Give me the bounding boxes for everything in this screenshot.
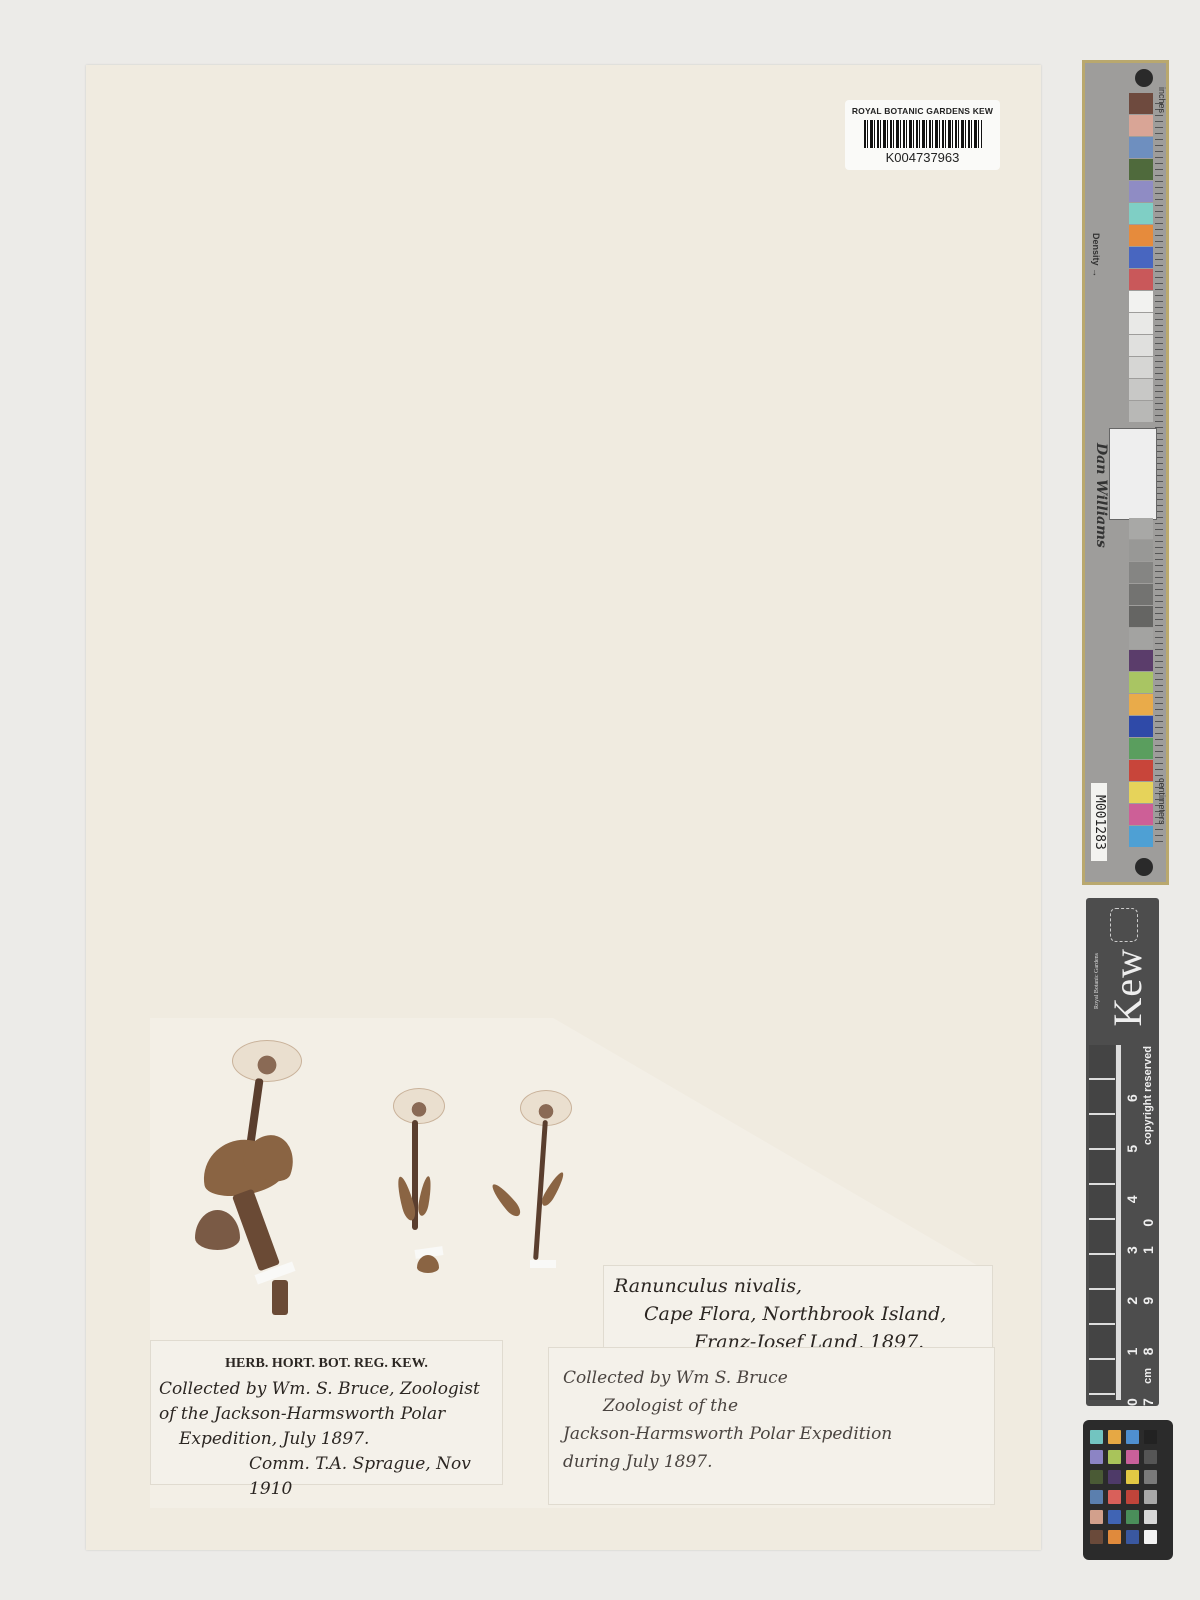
checker-swatch bbox=[1144, 1530, 1157, 1544]
checker-swatch bbox=[1108, 1530, 1121, 1544]
checker-swatch bbox=[1090, 1510, 1103, 1524]
color-patch bbox=[1129, 716, 1153, 737]
species-name: Ranunculus nivalis, bbox=[614, 1272, 982, 1300]
color-patch bbox=[1129, 313, 1153, 334]
herbarium-label: HERB. HORT. BOT. REG. KEW. Collected by … bbox=[150, 1340, 503, 1485]
checker-swatch bbox=[1144, 1490, 1157, 1504]
locality-line: Cape Flora, Northbrook Island, bbox=[614, 1300, 982, 1328]
barcode-number: K004737963 bbox=[845, 150, 1000, 165]
color-patch bbox=[1129, 137, 1153, 158]
collector-label: Collected by Wm S. Bruce Zoologist of th… bbox=[548, 1347, 995, 1505]
kew-scale-bar: Kew Royal Botanic Gardens 0 1 2 3 4 5 6 … bbox=[1086, 898, 1159, 1406]
color-patch bbox=[1129, 401, 1153, 422]
color-patch bbox=[1129, 540, 1153, 561]
barcode-icon bbox=[864, 120, 982, 148]
color-patch bbox=[1129, 247, 1153, 268]
species-determination-label: Ranunculus nivalis, Cape Flora, Northbro… bbox=[603, 1265, 993, 1360]
checker-swatch bbox=[1126, 1530, 1139, 1544]
checker-swatch bbox=[1090, 1470, 1103, 1484]
ruler-brand: Dan Williams bbox=[1093, 443, 1109, 548]
color-patch bbox=[1129, 650, 1153, 671]
color-patch bbox=[1129, 562, 1153, 583]
checker-swatch bbox=[1144, 1510, 1157, 1524]
checker-swatch bbox=[1126, 1490, 1139, 1504]
centimeters-label: centimeters bbox=[1157, 778, 1167, 825]
gray-card-insert bbox=[1109, 428, 1157, 520]
copyright-text: copyright reserved bbox=[1142, 1046, 1154, 1145]
color-patch bbox=[1129, 335, 1153, 356]
color-patch bbox=[1129, 738, 1153, 759]
kew-logo: Kew bbox=[1104, 948, 1151, 1027]
color-patch bbox=[1129, 804, 1153, 825]
checker-swatch bbox=[1108, 1490, 1121, 1504]
color-patch bbox=[1129, 159, 1153, 180]
collector-line-3: Jackson-Harmsworth Polar Expedition bbox=[563, 1420, 980, 1448]
barcode-label: ROYAL BOTANIC GARDENS KEW K004737963 bbox=[845, 100, 1000, 170]
checker-swatch bbox=[1126, 1450, 1139, 1464]
herb-line-3: Expedition, July 1897. bbox=[159, 1427, 494, 1452]
herbarium-header: HERB. HORT. BOT. REG. KEW. bbox=[159, 1355, 494, 1373]
checker-swatch bbox=[1108, 1450, 1121, 1464]
checker-swatch bbox=[1126, 1430, 1139, 1444]
checker-swatch bbox=[1144, 1450, 1157, 1464]
color-patch bbox=[1129, 379, 1153, 400]
color-patch bbox=[1129, 606, 1153, 627]
cm-scale-edge bbox=[1116, 1045, 1121, 1400]
checker-swatch bbox=[1108, 1470, 1121, 1484]
color-checker-card bbox=[1083, 1420, 1173, 1560]
checker-swatch bbox=[1144, 1430, 1157, 1444]
punch-hole-icon bbox=[1135, 69, 1153, 87]
color-patch bbox=[1129, 291, 1153, 312]
color-patch bbox=[1129, 203, 1153, 224]
checker-swatch bbox=[1126, 1470, 1139, 1484]
color-patch bbox=[1129, 782, 1153, 803]
color-patch bbox=[1129, 93, 1153, 114]
checker-swatch bbox=[1126, 1510, 1139, 1524]
ruler-id-label: M001283 bbox=[1091, 783, 1107, 861]
inches-label: inches bbox=[1157, 87, 1167, 113]
color-patch bbox=[1129, 628, 1153, 649]
color-patch bbox=[1129, 115, 1153, 136]
herb-line-1: Collected by Wm. S. Bruce, Zoologist bbox=[159, 1377, 494, 1402]
herb-line-2: of the Jackson-Harmsworth Polar bbox=[159, 1402, 494, 1427]
collector-line-1: Collected by Wm S. Bruce bbox=[563, 1364, 980, 1392]
color-patch bbox=[1129, 672, 1153, 693]
color-patch bbox=[1129, 760, 1153, 781]
color-patch bbox=[1129, 826, 1153, 847]
checker-swatch bbox=[1090, 1430, 1103, 1444]
color-patch bbox=[1129, 181, 1153, 202]
color-patch bbox=[1129, 694, 1153, 715]
color-patch bbox=[1129, 518, 1153, 539]
cm-unit-label: cm bbox=[1142, 1368, 1154, 1384]
institution-name: ROYAL BOTANIC GARDENS KEW bbox=[845, 106, 1000, 116]
checker-swatch bbox=[1090, 1450, 1103, 1464]
punch-hole-icon bbox=[1135, 858, 1153, 876]
herb-line-4: Comm. T.A. Sprague, Nov 1910 bbox=[159, 1452, 494, 1502]
color-patch bbox=[1129, 584, 1153, 605]
collector-line-2: Zoologist of the bbox=[563, 1392, 980, 1420]
color-patch bbox=[1129, 225, 1153, 246]
color-patch bbox=[1129, 269, 1153, 290]
collector-line-4: during July 1897. bbox=[563, 1448, 980, 1476]
royal-crest-icon bbox=[1110, 908, 1138, 942]
checker-swatch bbox=[1090, 1530, 1103, 1544]
checker-swatch bbox=[1090, 1490, 1103, 1504]
kew-subtitle: Royal Botanic Gardens bbox=[1094, 953, 1100, 1009]
density-label: Density → bbox=[1091, 233, 1101, 277]
color-patch bbox=[1129, 357, 1153, 378]
checker-swatch bbox=[1108, 1510, 1121, 1524]
checker-swatch bbox=[1144, 1470, 1157, 1484]
color-calibration-ruler: inches centimeters Density → Dan William… bbox=[1082, 60, 1169, 885]
checker-swatch bbox=[1108, 1430, 1121, 1444]
cm-scale-bars bbox=[1089, 1045, 1115, 1400]
